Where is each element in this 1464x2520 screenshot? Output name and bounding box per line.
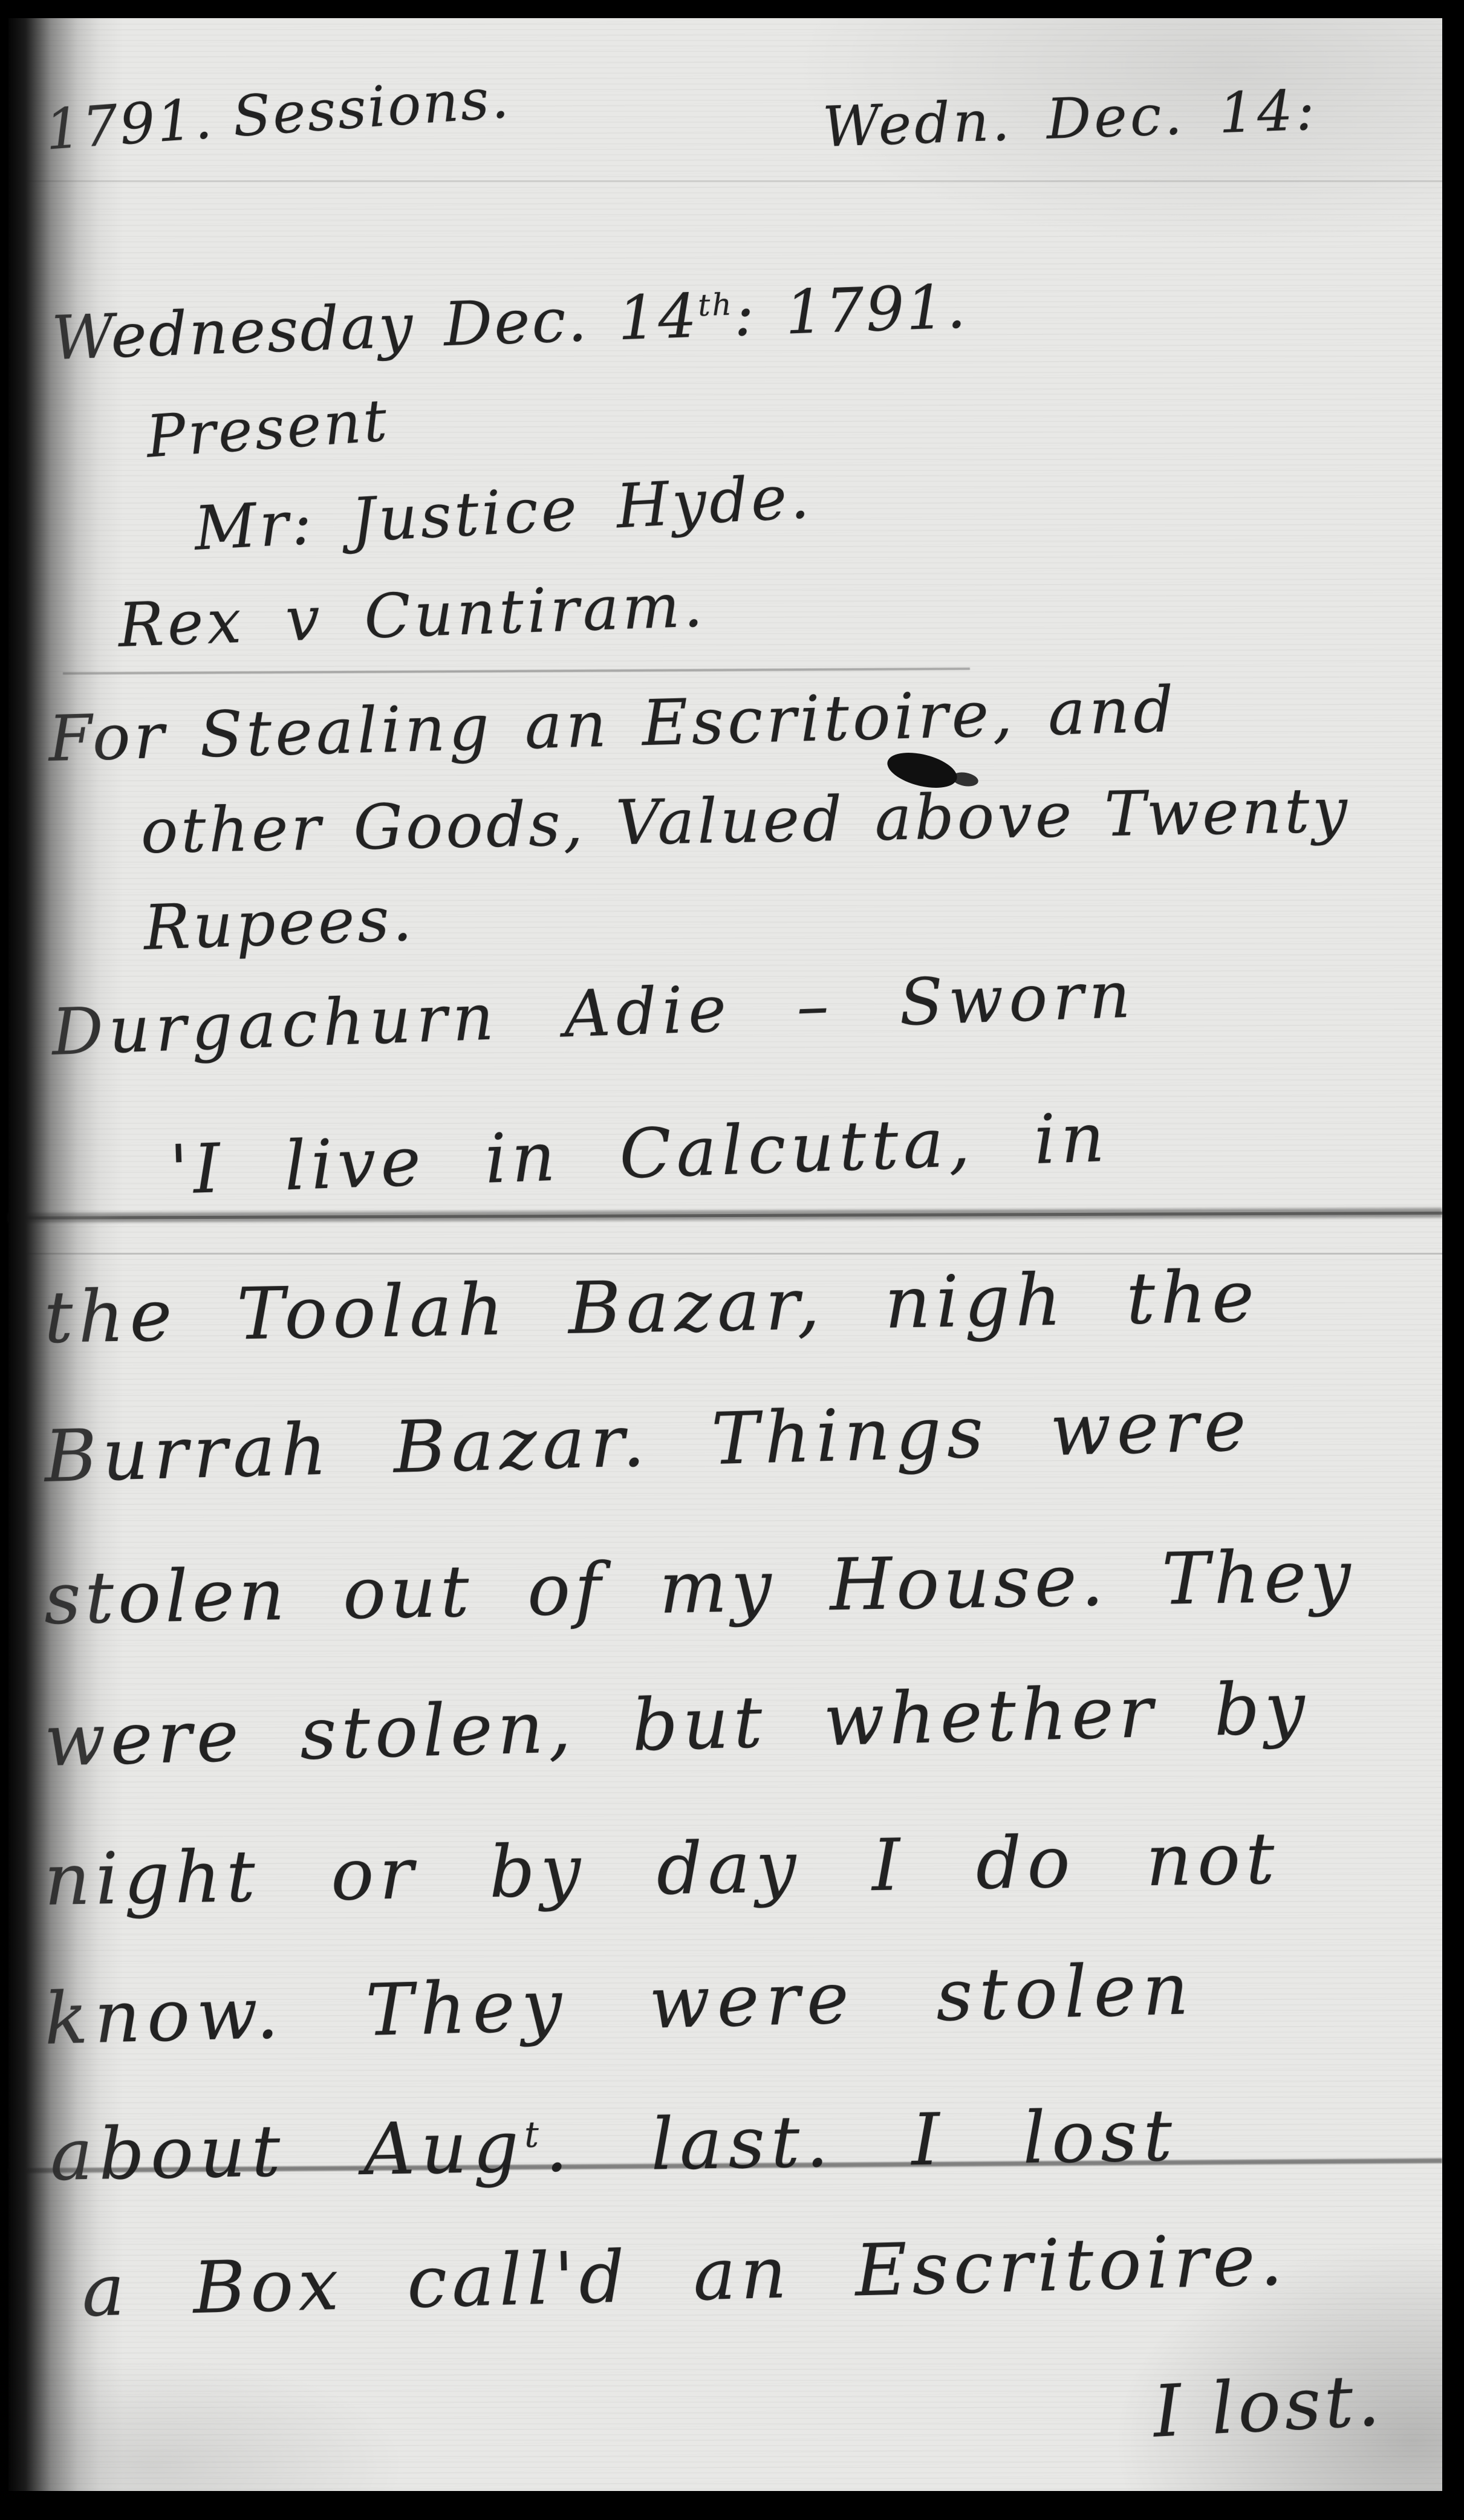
date-line-pre: Wednesday Dec. 14 [51,281,700,374]
date-superscript: th [697,287,734,323]
line-testimony-aug: about Augt. last. I lost [50,2099,1179,2190]
line-testimony-4: stolen out of my House. They [44,1540,1356,1634]
binding-gutter-shadow [8,18,123,2491]
aug-superscript: t [524,2113,545,2155]
line-present: Present [145,391,391,466]
line-charge-1: For Stealing an Escritoire, and [48,678,1178,770]
line-charge-2: other Goods, Valued above Twenty [140,780,1351,863]
line-witness-sworn: Durgachurn Adie – Sworn [51,963,1137,1065]
line-testimony-5: were stolen, but whether by [44,1672,1310,1776]
line-testimony-6: night or by day I do not [44,1822,1280,1915]
line-testimony-3: Burrah Bazar. Things were [44,1389,1252,1492]
date-line-post: : 1791. [732,271,969,349]
paper-streak-below-band [8,1253,1442,1255]
line-judge: Mr: Justice Hyde. [193,466,813,559]
line-testimony-7: know. They were stolen [44,1953,1196,2054]
paper-streak-faint-top [8,180,1442,182]
paper-sheet: 1791. Sessions. Wedn. Dec. 14: Wednesday… [8,18,1442,2491]
header-weekday-date: Wedn. Dec. 14: [822,82,1318,155]
catchword: I lost. [1151,2364,1385,2447]
scanned-manuscript-page: 1791. Sessions. Wedn. Dec. 14: Wednesday… [0,0,1464,2520]
paper-streak-pencil-rule [63,667,970,675]
date-line: Wednesday Dec. 14th: 1791. [51,276,968,369]
line-case-title: Rex v Cuntiram. [117,575,707,656]
paper-streak-dark-band [8,1208,1442,1223]
paper-streak-dark-band-core [8,1212,1442,1219]
aug-line-post: . last. I lost [544,2093,1179,2187]
line-testimony-1: 'I live in Calcutta, in [169,1104,1110,1204]
line-charge-3: Rupees. [143,888,416,960]
line-testimony-2: the Toolah Bazar, nigh the [44,1261,1260,1353]
line-testimony-end: a Box call'd an Escritoire. [81,2224,1288,2327]
